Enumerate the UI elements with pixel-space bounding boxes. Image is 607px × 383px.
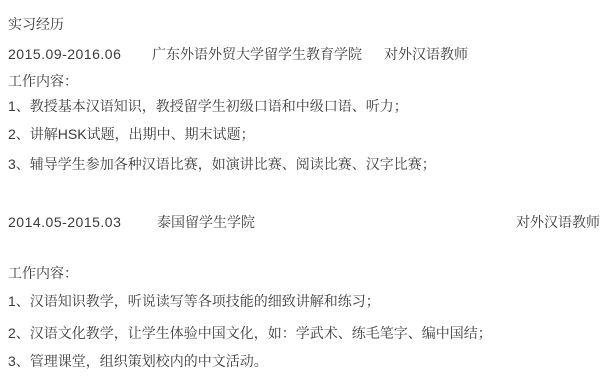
duties-label: 工作内容： bbox=[8, 74, 78, 88]
experience-entry-1: 2015.09-2016.06 广东外语外贸大学留学生教育学院 对外汉语教师 bbox=[8, 47, 600, 61]
duty-item: 3、管理课堂，组织策划校内的中文活动。 bbox=[8, 354, 268, 368]
section-title: 实习经历 bbox=[8, 17, 64, 31]
organization-name: 泰国留学生学院 bbox=[157, 215, 255, 229]
date-range: 2014.05-2015.03 bbox=[8, 215, 157, 229]
experience-entry-2: 2014.05-2015.03 泰国留学生学院 对外汉语教师 bbox=[8, 215, 600, 229]
duty-item: 1、教授基本汉语知识，教授留学生初级口语和中级口语、听力； bbox=[8, 99, 408, 113]
date-range: 2015.09-2016.06 bbox=[8, 47, 152, 61]
duty-item: 3、辅导学生参加各种汉语比赛，如演讲比赛、阅读比赛、汉字比赛； bbox=[8, 157, 436, 171]
duties-label: 工作内容： bbox=[8, 266, 78, 280]
resume-page: 实习经历 2015.09-2016.06 广东外语外贸大学留学生教育学院 对外汉… bbox=[0, 0, 607, 383]
duty-item: 2、汉语文化教学，让学生体验中国文化，如：学武术、练毛笔字、编中国结； bbox=[8, 326, 492, 340]
role-title: 对外汉语教师 bbox=[384, 47, 468, 61]
role-title: 对外汉语教师 bbox=[516, 215, 600, 229]
organization-name: 广东外语外贸大学留学生教育学院 bbox=[152, 47, 362, 61]
duty-item: 1、汉语知识教学，听说读写等各项技能的细致讲解和练习； bbox=[8, 294, 380, 308]
duty-item: 2、讲解HSK试题，出期中、期末试题； bbox=[8, 127, 255, 141]
